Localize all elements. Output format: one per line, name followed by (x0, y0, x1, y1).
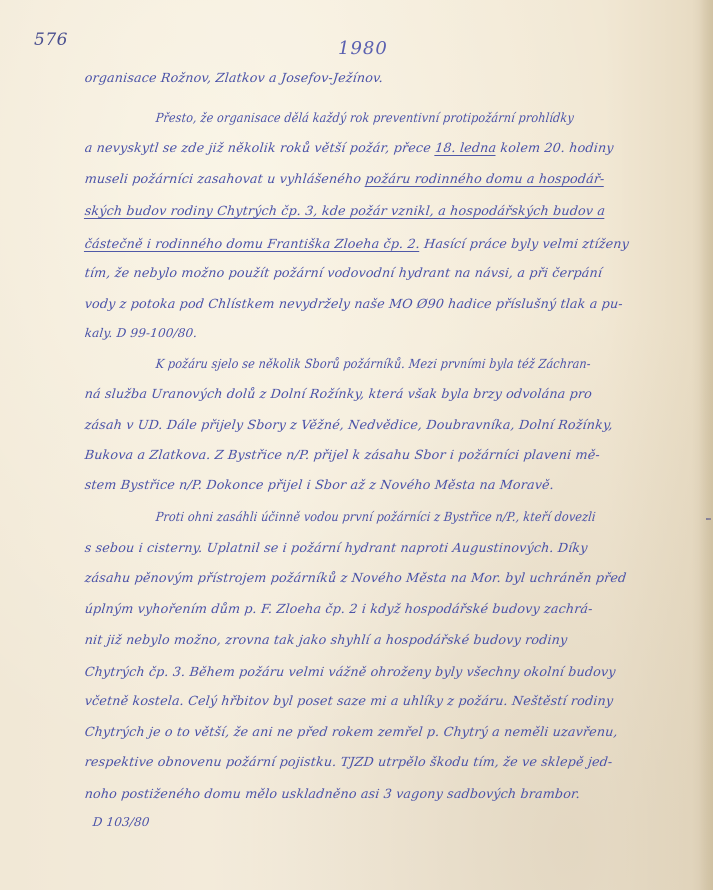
text-line: zásah v UD. Dále přijely Sbory z Věžné, … (84, 417, 692, 432)
underlined-phrase: 18. ledna (434, 140, 497, 155)
text-line: zásahu pěnovým přístrojem požárníků z No… (84, 570, 692, 585)
text-line: K požáru sjelo se několik Sborů požárník… (155, 356, 692, 371)
document-reference: D 103/80 (92, 815, 693, 829)
document-reference: kaly. D 99-100/80. (84, 326, 685, 340)
text-line: vody z potoka pod Chlístkem nevydržely n… (84, 296, 692, 311)
text-line: s sebou i cisterny. Uplatnil se i požárn… (84, 540, 692, 555)
text-line: stem Bystřice n/P. Dokonce přijel i Sbor… (84, 477, 692, 492)
underlined-phrase: částečně i rodinného domu Františka Zloe… (84, 236, 421, 251)
page-number: 576 (34, 30, 68, 50)
text-line: Chytrých je o to větší, že ani ne před r… (84, 724, 692, 739)
text-line: ná služba Uranových dolů z Dolní Rožínky… (84, 386, 692, 401)
year-heading: 1980 (338, 38, 388, 59)
text-line: nit již nebylo možno, zrovna tak jako sh… (84, 632, 692, 647)
margin-mark (706, 518, 711, 520)
text-line: ských budov rodiny Chytrých čp. 3, kde p… (84, 203, 692, 218)
text-line: včetně kostela. Celý hřbitov byl poset s… (84, 693, 692, 708)
text-line: noho postiženého domu mělo uskladněno as… (84, 786, 692, 801)
underlined-phrase: požáru rodinného domu a hospodář- (365, 171, 606, 186)
text-line: Proti ohni zasáhli účinně vodou první po… (155, 509, 692, 524)
text-line: tím, že nebylo možno použít požární vodo… (84, 265, 692, 280)
text-line: Bukova a Zlatkova. Z Bystřice n/P. přije… (84, 447, 692, 462)
document-page: 576 1980 organisace Rožnov, Zlatkov a Jo… (0, 0, 713, 890)
text-line: organisace Rožnov, Zlatkov a Josefov-Jež… (84, 70, 692, 85)
text-line: respektive obnovenu požární pojistku. TJ… (84, 754, 692, 769)
text-line: částečně i rodinného domu Františka Zloe… (84, 236, 692, 251)
text-line: a nevyskytl se zde již několik roků větš… (84, 140, 692, 155)
underlined-phrase: ských budov rodiny Chytrých čp. 3, kde p… (84, 203, 606, 218)
text-line: museli požárníci zasahovat u vyhlášeného… (84, 171, 692, 186)
text-line: Přesto, že organisace dělá každý rok pre… (155, 110, 692, 125)
text-segment: Hasící práce byly velmi ztíženy (419, 236, 630, 251)
text-segment: kolem 20. hodiny (496, 140, 615, 155)
text-line: Chytrých čp. 3. Během požáru velmi vážně… (84, 664, 692, 679)
text-segment: museli požárníci zasahovat u vyhlášeného (84, 171, 366, 186)
text-segment: a nevyskytl se zde již několik roků větš… (84, 140, 436, 155)
text-line: úplným vyhořením dům p. F. Zloeha čp. 2 … (84, 601, 692, 616)
